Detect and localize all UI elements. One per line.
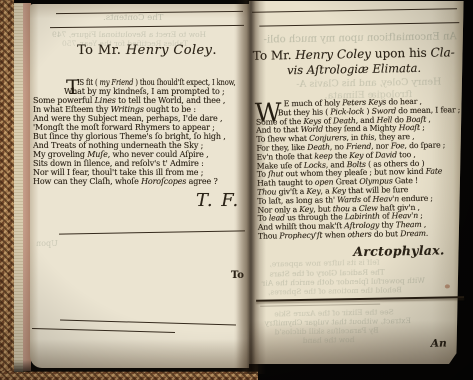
poem-line: In what Eſteem thy Writings ought to be … <box>33 105 249 114</box>
bleed-through-text: How to Erect a Revolutional Figure, 749 <box>52 30 206 39</box>
bleed-through-text: Upon <box>36 239 58 248</box>
left-poem-signature: T. F. <box>196 190 240 211</box>
poem-line: And Treats of nothing underneath the Sky… <box>33 141 249 150</box>
book-photo: The Contents. How to Erect a Revolutiona… <box>0 0 473 380</box>
poem-line: Some powerful Lines to tell the World, a… <box>33 96 249 105</box>
poem-line: But ſince thy glorious Theme's ſo bright… <box>33 132 249 141</box>
poem-line: My groveling Muſe, who never could Aſpir… <box>33 150 249 159</box>
poem-line: 'Mongſt the moſt forward Rhymers to appe… <box>33 123 249 132</box>
bleed-through-text: The Contents. <box>103 13 163 23</box>
poem-line: What by my kindneſs, I am prompted to ; <box>64 87 249 96</box>
book-cover-bottom-edge <box>0 371 258 380</box>
left-page <box>30 4 249 368</box>
poem-line: Nor will I fear, thoul't take this ill f… <box>33 168 249 177</box>
poem-line: IS fit ( my Friend ) thou ſhould'ſt expe… <box>77 78 221 87</box>
poem-line: How can they Claſh, whoſe Horoſcopes agr… <box>33 177 249 186</box>
page-edge-stack <box>14 3 23 372</box>
left-page-heading: To Mr. Henry Coley. <box>57 43 237 58</box>
book-cover-spine-edge <box>0 0 14 380</box>
left-poem: IS fit ( my Friend ) thou ſhould'ſt expe… <box>33 78 249 186</box>
poem-line: And were thy Subject mean, perhaps, I'de… <box>33 114 249 123</box>
left-page-catchword: To <box>231 270 244 281</box>
right-page <box>249 1 464 364</box>
poem-line: Sits down in ſilence, and reſolv's t' Ad… <box>33 159 249 168</box>
